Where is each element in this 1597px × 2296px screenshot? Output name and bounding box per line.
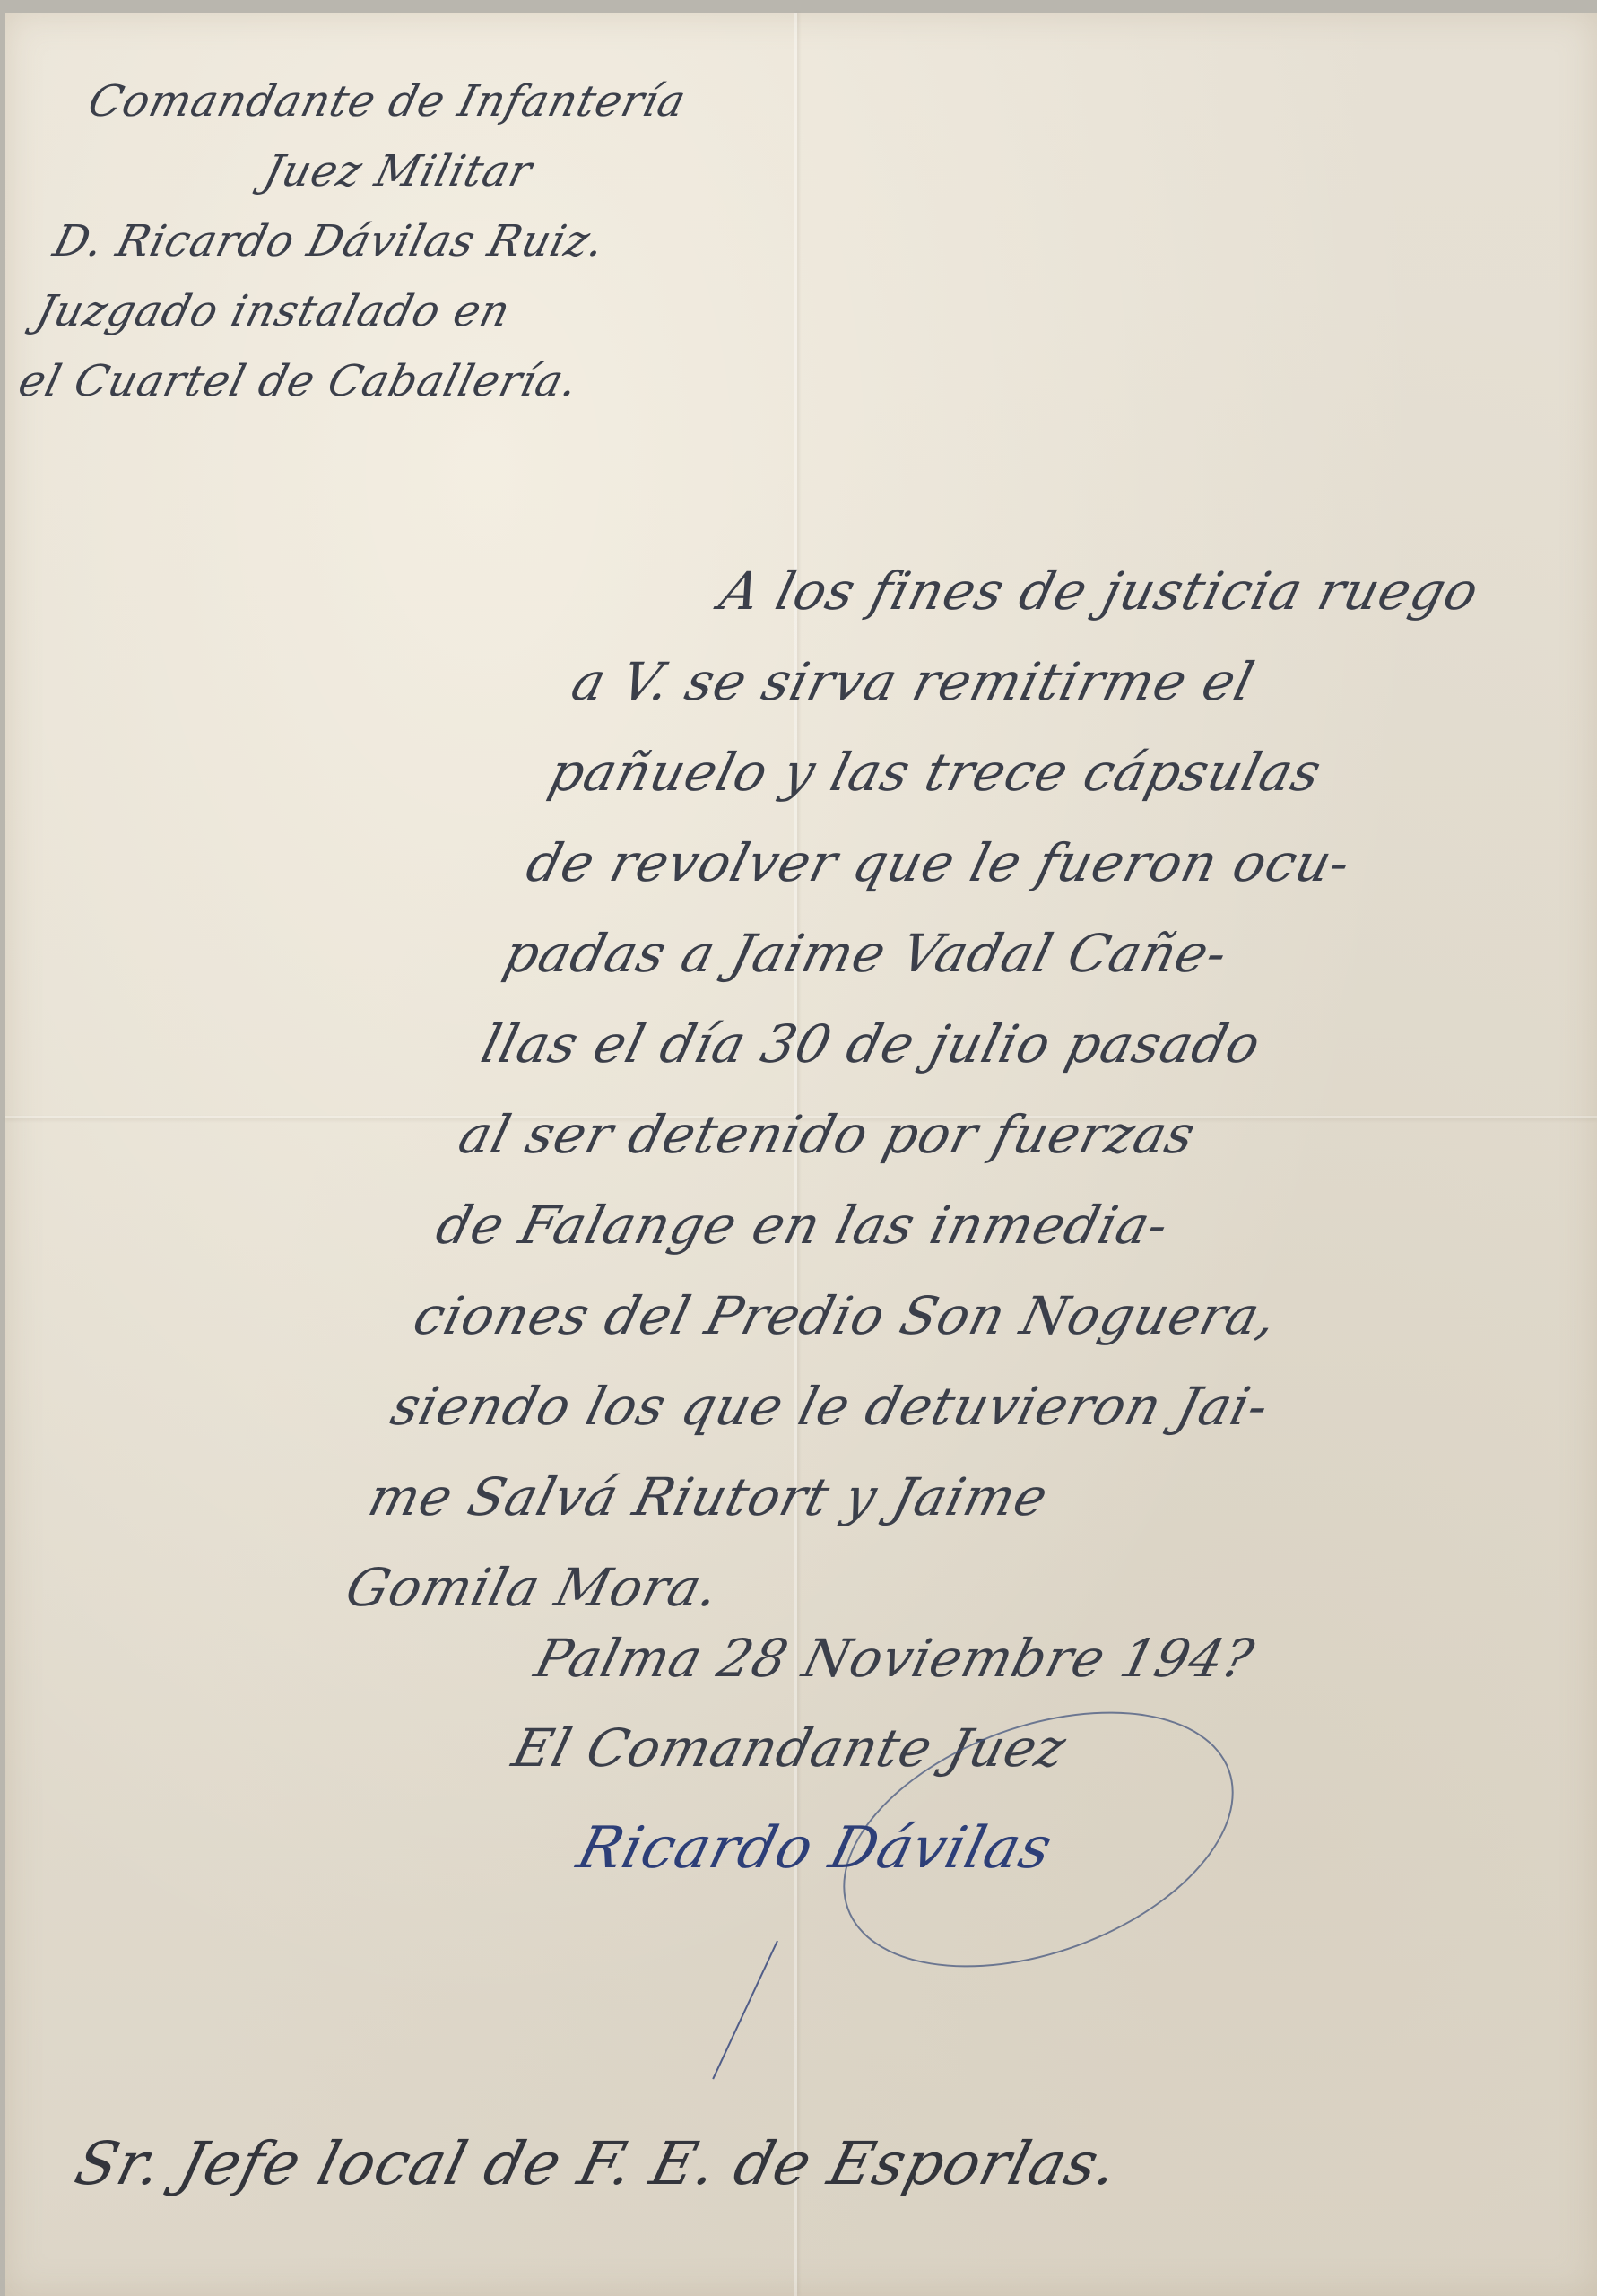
- body-line: llas el día 30 de julio pasado: [472, 999, 1376, 1090]
- header-name: D. Ricardo Dávilas Ruiz.: [46, 206, 659, 276]
- addressee: Sr. Jefe local de F. E. de Esporlas.: [68, 2129, 1125, 2198]
- place-date: Palma 28 Noviembre 194?: [525, 1613, 1263, 1703]
- header-location: el Cuartel de Caballería.: [11, 346, 624, 416]
- body-line: de revolver que le fueron ocu-: [516, 818, 1420, 909]
- body-line: A los fines de justicia ruego: [585, 546, 1489, 637]
- body-line: a V. se sirva remitirme el: [562, 637, 1466, 727]
- body-line: de Falange en las inmedia-: [427, 1180, 1331, 1271]
- header-role: Juez Militar: [64, 136, 677, 206]
- signature: Ricardo Dávilas: [571, 1815, 1059, 1882]
- body-line: pañuelo y las trece cápsulas: [540, 727, 1444, 818]
- letter-sheet: Comandante de Infantería Juez Militar D.…: [5, 13, 1597, 2296]
- header-court: Juzgado instalado en: [29, 276, 642, 346]
- letter-body: A los fines de justicia ruego a V. se si…: [336, 546, 1489, 1633]
- body-line: me Salvá Riutort y Jaime: [359, 1452, 1263, 1543]
- letterhead: Comandante de Infantería Juez Militar D.…: [11, 66, 693, 416]
- header-rank: Comandante de Infantería: [81, 66, 694, 136]
- body-line: padas a Jaime Vadal Cañe-: [494, 909, 1398, 999]
- body-line: al ser detenido por fuerzas: [449, 1090, 1353, 1180]
- body-line: ciones del Predio Son Noguera,: [404, 1271, 1307, 1361]
- signature-flourish-stroke: [712, 1941, 778, 2080]
- body-line: siendo los que le detuvieron Jai-: [381, 1361, 1285, 1452]
